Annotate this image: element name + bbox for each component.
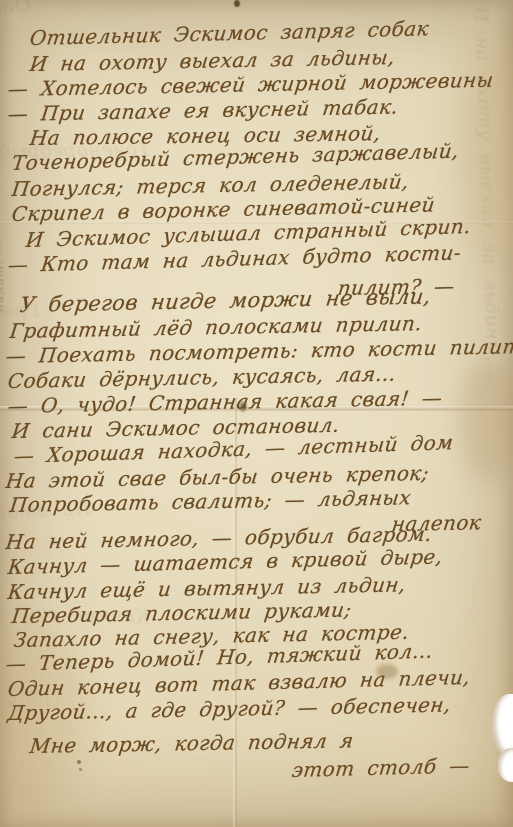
manuscript-photo: Отшельник Эскимос запряг собак— Хотелось… (0, 0, 513, 827)
discoloration-patch (460, 360, 513, 480)
bleedthrough-writing: Отшельник Эскимос запряг собак (0, 0, 31, 36)
poem-line: этот столб — (291, 753, 472, 782)
margin-note: пилит? — (0, 240, 6, 312)
torn-edge-notch (492, 694, 513, 754)
poem-line: Мне морж, когда поднял я (29, 728, 356, 758)
manuscript-page: Отшельник Эскимос запряг собак— Хотелось… (0, 0, 513, 827)
torn-edge-notch (498, 748, 513, 782)
ink-spot (234, 0, 240, 7)
